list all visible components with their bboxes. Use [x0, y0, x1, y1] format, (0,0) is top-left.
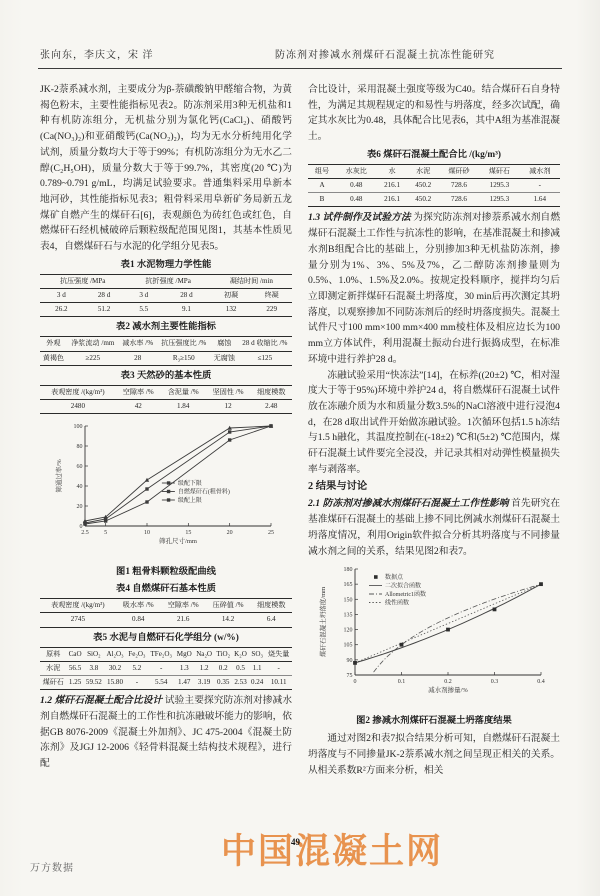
- left-column: JK-2萘系减水剂，主要成分为β-萘磺酸钠甲醛缩合物，为黄褐色粉末，主要性能指标…: [40, 82, 292, 778]
- paragraph-mix-design: 合比设计，采用混凝土强度等级为C40。结合煤矸石自身特性，为满足其规程规定的和易…: [308, 82, 560, 145]
- svg-text:10: 10: [144, 530, 150, 536]
- table-cell: -: [265, 661, 292, 675]
- svg-text:二次拟合函数: 二次拟合函数: [385, 582, 421, 590]
- svg-text:20: 20: [227, 530, 233, 536]
- table-cell: 1295.3: [479, 193, 519, 207]
- table-header-cell: 凝结时间 /min: [211, 274, 292, 288]
- section-1-2-heading: 1.2 煤矸石混凝土配合比设计: [40, 695, 162, 706]
- table-header-cell: 空隙率 /%: [116, 385, 161, 399]
- figure2: 759010512013515016518000.10.20.30.4减水剂掺量…: [308, 563, 560, 713]
- table-header-cell: 初凝: [211, 288, 252, 302]
- svg-text:40: 40: [77, 484, 83, 490]
- data-table: 组号水灰比水水泥煤矸砂煤矸石减水剂A0.48216.1450.2728.6129…: [308, 164, 560, 208]
- table-header-cell: 表观密度 /(kg/m³): [40, 599, 116, 613]
- table-cell: 51.2: [83, 303, 126, 317]
- data-table: 表观密度 /(kg/m³)空隙率 /%含泥量 /%坚固性 /%细度模数24804…: [40, 385, 292, 414]
- table-cell: 42: [116, 400, 161, 414]
- table-cell: 3.19: [194, 676, 214, 690]
- svg-text:105: 105: [344, 643, 353, 649]
- svg-text:数据点: 数据点: [385, 573, 404, 581]
- table-header-cell: Al₂O₃: [104, 647, 126, 661]
- svg-text:减水剂掺量/%: 减水剂掺量/%: [428, 685, 468, 694]
- table-cell: 450.2: [408, 179, 439, 193]
- table-header-cell: 组号: [308, 164, 336, 178]
- right-column: 合比设计，采用混凝土强度等级为C40。结合煤矸石自身特性，为满足其规程规定的和易…: [308, 82, 560, 778]
- table-header-cell: 压碎值 /%: [206, 599, 251, 613]
- table-header-cell: SO₃: [249, 647, 265, 661]
- table-header-cell: 坚固性 /%: [206, 385, 251, 399]
- section-1-2: 1.2 煤矸石混凝土配合比设计 试验主要探究防冻剂对掺减水剂自燃煤矸石混凝土的工…: [40, 693, 292, 772]
- table-header-cell: 水: [376, 164, 407, 178]
- table-header-cell: 原料: [40, 647, 67, 661]
- svg-text:90: 90: [347, 658, 353, 664]
- section-1-3-text: 为探究防冻剂对掺萘系减水剂自燃煤矸石混凝土工作性与抗冻性的影响，在基准混凝土和掺…: [308, 212, 560, 364]
- table-cell: 0.2: [214, 661, 232, 675]
- table-header-cell: 28 d: [83, 288, 126, 302]
- header-authors: 张向东，李庆文，宋 洋: [40, 46, 210, 61]
- table-cell: 2.48: [251, 400, 292, 414]
- table-cell: -: [148, 661, 175, 675]
- paragraph-fit-discussion: 通过对图2和表7拟合结果分析可知，自燃煤矸石混凝土坍落度与不同掺量JK-2萘系减…: [308, 731, 560, 778]
- table-cell: 黄褐色: [40, 351, 67, 365]
- watermark-text: 中国混凝土网: [221, 824, 443, 874]
- svg-text:0.4: 0.4: [537, 679, 545, 685]
- svg-text:15: 15: [185, 530, 191, 536]
- table-cell: 煤矸石: [40, 676, 67, 690]
- data-table: 表观密度 /(kg/m³)吸水率 /%空隙率 /%压碎值 /%细度模数27450…: [40, 598, 292, 627]
- svg-text:级配下限: 级配下限: [178, 479, 202, 487]
- svg-text:线性函数: 线性函数: [385, 599, 409, 607]
- figure1-caption: 图1 粗骨料颗粒级配曲线: [40, 565, 292, 579]
- table5-caption: 表5 水泥与自燃矸石化学组分 (w/%): [40, 631, 292, 645]
- header-rule: [38, 68, 562, 69]
- table-header-cell: 净浆流动 /mm: [67, 337, 119, 351]
- svg-text:筛通过率/%: 筛通过率/%: [54, 459, 63, 493]
- table-cell: B: [308, 193, 336, 207]
- table-cell: 1.64: [520, 193, 560, 207]
- table-cell: 5.2: [126, 661, 148, 675]
- paragraph-freeze-thaw: 冻融试验采用“快冻法”[14]，在标养((20±2) ℃，相对湿度大于等于95%…: [308, 368, 560, 478]
- svg-text:180: 180: [344, 567, 353, 573]
- table-cell: 216.1: [376, 179, 407, 193]
- table3: 表观密度 /(kg/m³)空隙率 /%含泥量 /%坚固性 /%细度模数24804…: [40, 385, 292, 414]
- svg-text:煤矸石混凝土坍落度/mm: 煤矸石混凝土坍落度/mm: [318, 587, 327, 657]
- page-number: 49: [291, 837, 300, 847]
- table-cell: 10.11: [265, 676, 292, 690]
- table5: 原料CaOSiO₂Al₂O₃Fe₂O₃TFe₂O₃MgONa₂OTiO₂K₂OS…: [40, 647, 292, 691]
- table-header-cell: 抗压强度比 /%: [157, 337, 211, 351]
- table-cell: 21.6: [161, 613, 206, 627]
- table-header-cell: 减水率 /%: [119, 337, 157, 351]
- table-cell: 1.3: [175, 661, 194, 675]
- table1-caption: 表1 水泥物理力学性能: [40, 258, 292, 272]
- table-cell: 无腐蚀: [211, 351, 238, 365]
- table-header-cell: 3 d: [125, 288, 162, 302]
- table-cell: 0.48: [336, 193, 376, 207]
- table-header-cell: CaO: [67, 647, 84, 661]
- table-cell: 450.2: [408, 193, 439, 207]
- table6-caption: 表6 煤矸石混凝土配合比 /(kg/m³): [308, 148, 560, 162]
- table-cell: 59.52: [84, 676, 104, 690]
- table-cell: A: [308, 179, 336, 193]
- figure1: 0204060801002.5510152025筛孔尺寸/mm筛通过率/%级配下…: [40, 418, 292, 564]
- table-header-cell: SiO₂: [84, 647, 104, 661]
- table-cell: 28: [119, 351, 157, 365]
- table-header-cell: 外观: [40, 337, 67, 351]
- table-header-cell: 细度模数: [251, 599, 292, 613]
- table-header-cell: 抗压强度 /MPa: [40, 274, 125, 288]
- table4: 表观密度 /(kg/m³)吸水率 /%空隙率 /%压碎值 /%细度模数27450…: [40, 598, 292, 627]
- table-cell: 0.35: [214, 676, 232, 690]
- table-cell: 水泥: [40, 661, 67, 675]
- section-1-3-heading: 1.3 试件制作及试验方法: [308, 212, 411, 223]
- table-cell: R₃≥150: [157, 351, 211, 365]
- two-column-body: JK-2萘系减水剂，主要成分为β-萘磺酸钠甲醛缩合物，为黄褐色粉末，主要性能指标…: [40, 82, 560, 778]
- svg-text:80: 80: [77, 444, 83, 450]
- table-cell: 9.1: [162, 303, 211, 317]
- svg-text:75: 75: [347, 673, 353, 679]
- table-header-cell: Na₂O: [194, 647, 214, 661]
- svg-text:0.3: 0.3: [491, 679, 499, 685]
- table2-caption: 表2 减水剂主要性能指标: [40, 320, 292, 334]
- svg-text:120: 120: [344, 628, 353, 634]
- table-header-cell: TiO₂: [214, 647, 232, 661]
- svg-text:0: 0: [354, 679, 357, 685]
- table-cell: 0.24: [249, 676, 265, 690]
- table-cell: 2745: [40, 613, 116, 627]
- table-cell: ≥225: [67, 351, 119, 365]
- table1: 抗压强度 /MPa抗折强度 /MPa凝结时间 /min3 d28 d3 d28 …: [40, 274, 292, 318]
- table-header-cell: 吸水率 /%: [116, 599, 161, 613]
- table3-caption: 表3 天然砂的基本性质: [40, 369, 292, 383]
- running-header: 张向东，李庆文，宋 洋 防冻剂对掺减水剂煤矸石混凝土抗冻性能研究: [40, 46, 560, 61]
- header-paper-title: 防冻剂对掺减水剂煤矸石混凝土抗冻性能研究: [210, 46, 560, 61]
- table-cell: 728.6: [439, 179, 479, 193]
- table2: 外观净浆流动 /mm减水率 /%抗压强度比 /%腐蚀28 d 收缩比 /%黄褐色…: [40, 336, 292, 365]
- table-cell: 1.1: [249, 661, 265, 675]
- svg-text:0.2: 0.2: [444, 679, 452, 685]
- table-cell: 30.2: [104, 661, 126, 675]
- table-header-cell: 水泥: [408, 164, 439, 178]
- table-cell: 216.1: [376, 193, 407, 207]
- section-2-1-heading: 2.1 防冻剂对掺减水剂煤矸石混凝土工作性影响: [308, 498, 509, 509]
- table-cell: 1295.3: [479, 179, 519, 193]
- table-cell: 3.8: [84, 661, 104, 675]
- table-cell: 1.84: [161, 400, 206, 414]
- data-table: 抗压强度 /MPa抗折强度 /MPa凝结时间 /min3 d28 d3 d28 …: [40, 274, 292, 318]
- table-cell: 1.2: [194, 661, 214, 675]
- table-header-cell: 抗折强度 /MPa: [125, 274, 210, 288]
- table-header-cell: 28 d: [162, 288, 211, 302]
- table-cell: 132: [211, 303, 252, 317]
- table-cell: 12: [206, 400, 251, 414]
- table-cell: -: [126, 676, 148, 690]
- table-cell: 728.6: [439, 193, 479, 207]
- table-header-cell: 烧失量: [265, 647, 292, 661]
- table-cell: 0.48: [336, 179, 376, 193]
- table-header-cell: TFe₂O₃: [148, 647, 175, 661]
- svg-text:135: 135: [344, 613, 353, 619]
- table-header-cell: 煤矸砂: [439, 164, 479, 178]
- table-header-cell: 终凝: [251, 288, 292, 302]
- table-header-cell: 3 d: [40, 288, 83, 302]
- table-header-cell: 细度模数: [251, 385, 292, 399]
- table-header-cell: 表观密度 /(kg/m³): [40, 385, 116, 399]
- table-cell: -: [520, 179, 560, 193]
- section-1-2-text: 试验主要探究防冻剂对掺减水剂自燃煤矸石混凝土的工作性和抗冻融破坏能力的影响，依据…: [40, 695, 292, 769]
- table-cell: 1.25: [67, 676, 84, 690]
- table-header-cell: Fe₂O₃: [126, 647, 148, 661]
- table-cell: 26.2: [40, 303, 83, 317]
- table-cell: 2.53: [232, 676, 249, 690]
- svg-text:自燃煤矸石(粗骨料): 自燃煤矸石(粗骨料): [178, 488, 230, 496]
- table-cell: 2480: [40, 400, 116, 414]
- table-header-cell: 水灰比: [336, 164, 376, 178]
- svg-text:20: 20: [77, 504, 83, 510]
- table-cell: ≤125: [238, 351, 292, 365]
- svg-text:165: 165: [344, 582, 353, 588]
- svg-text:2.5: 2.5: [81, 530, 89, 536]
- table-header-cell: MgO: [175, 647, 194, 661]
- table-cell: 56.5: [67, 661, 84, 675]
- paragraph-materials: JK-2萘系减水剂，主要成分为β-萘磺酸钠甲醛缩合物，为黄褐色粉末，主要性能指标…: [40, 82, 292, 255]
- data-table: 原料CaOSiO₂Al₂O₃Fe₂O₃TFe₂O₃MgONa₂OTiO₂K₂OS…: [40, 647, 292, 691]
- table-header-cell: 含泥量 /%: [161, 385, 206, 399]
- svg-text:Allometric1函数: Allometric1函数: [385, 590, 426, 598]
- table-cell: 1.47: [175, 676, 194, 690]
- svg-text:筛孔尺寸/mm: 筛孔尺寸/mm: [159, 536, 197, 545]
- table-cell: 229: [251, 303, 292, 317]
- table-header-cell: 腐蚀: [211, 337, 238, 351]
- table-cell: 15.80: [104, 676, 126, 690]
- table-cell: 5.5: [125, 303, 162, 317]
- section-2-1: 2.1 防冻剂对掺减水剂煤矸石混凝土工作性影响 首先研究在基准煤矸石混凝土的基础…: [308, 496, 560, 559]
- table-header-cell: 28 d 收缩比 /%: [238, 337, 292, 351]
- table-header-cell: 减水剂: [520, 164, 560, 178]
- svg-text:级配上限: 级配上限: [178, 496, 202, 504]
- table-cell: 14.2: [206, 613, 251, 627]
- svg-text:150: 150: [344, 598, 353, 604]
- heading-results: 2 结果与讨论: [308, 478, 560, 495]
- table4-caption: 表4 自燃煤矸石基本性质: [40, 582, 292, 596]
- table6: 组号水灰比水水泥煤矸砂煤矸石减水剂A0.48216.1450.2728.6129…: [308, 164, 560, 208]
- figure1-chart: 0204060801002.5510152025筛孔尺寸/mm筛通过率/%级配下…: [53, 418, 279, 564]
- table-header-cell: 煤矸石: [479, 164, 519, 178]
- table-cell: 5.54: [148, 676, 175, 690]
- svg-text:60: 60: [77, 464, 83, 470]
- svg-text:0.1: 0.1: [398, 679, 406, 685]
- svg-text:100: 100: [74, 424, 83, 430]
- table-header-cell: 空隙率 /%: [161, 599, 206, 613]
- data-table: 外观净浆流动 /mm减水率 /%抗压强度比 /%腐蚀28 d 收缩比 /%黄褐色…: [40, 336, 292, 365]
- wanfang-stamp: 万方数据: [30, 859, 74, 874]
- svg-text:25: 25: [268, 530, 274, 536]
- table-header-cell: K₂O: [232, 647, 249, 661]
- table-cell: 6.4: [251, 613, 292, 627]
- section-1-3: 1.3 试件制作及试验方法 为探究防冻剂对掺萘系减水剂自燃煤矸石混凝土工作性与抗…: [308, 210, 560, 367]
- table-cell: 0.84: [116, 613, 161, 627]
- table-cell: 0.5: [232, 661, 249, 675]
- svg-text:5: 5: [104, 530, 107, 536]
- figure2-chart: 759010512013515016518000.10.20.30.4减水剂掺量…: [317, 563, 551, 713]
- figure2-caption: 图2 掺减水剂煤矸石混凝土坍落度结果: [308, 714, 560, 728]
